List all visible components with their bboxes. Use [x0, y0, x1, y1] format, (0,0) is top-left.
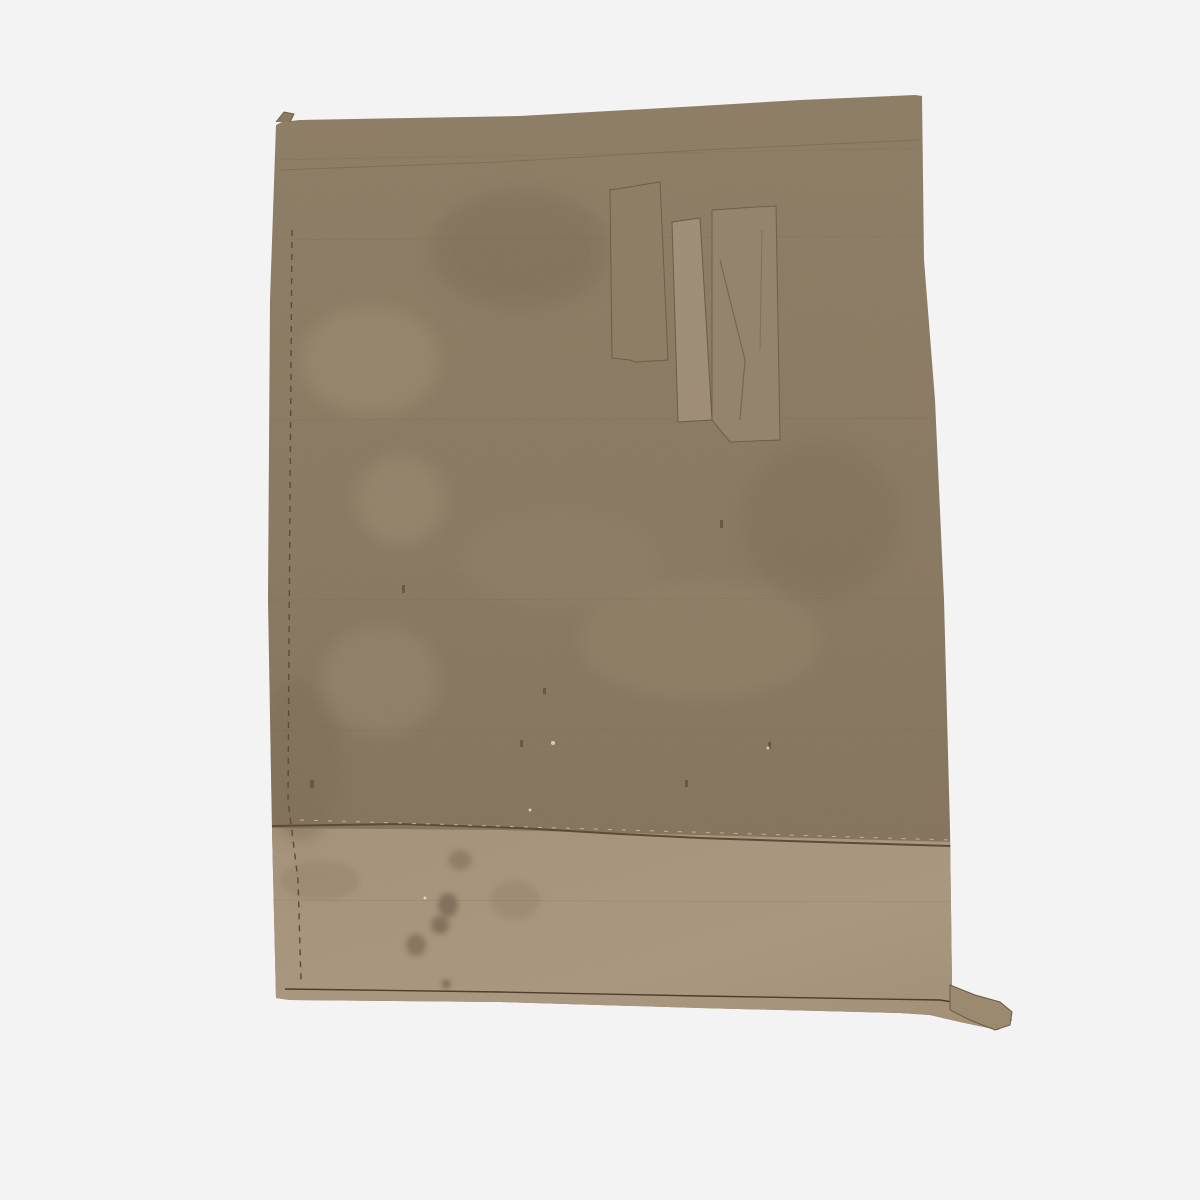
patch-right [712, 206, 780, 442]
photo-scene: Photograph of an old patched plain-weave… [0, 0, 1200, 1200]
corner-tab [950, 985, 1012, 1030]
patch-left [610, 182, 668, 362]
frayed-thread [276, 112, 294, 122]
cloth [260, 90, 1040, 1040]
cloth-photo [0, 0, 1200, 1200]
